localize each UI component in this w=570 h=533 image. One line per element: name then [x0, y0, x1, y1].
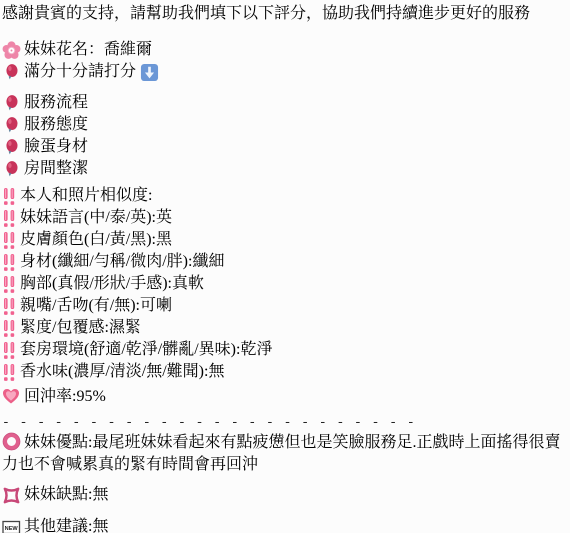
detail-item: 胸部(真假/形狀/手感):真軟 — [2, 273, 570, 295]
pros-text: 妹妹優點:最尾班妹妹看起來有點疲憊但也是笑臉服務足.正戲時上面搖得很賣力也不會喊… — [2, 434, 560, 473]
double-exclamation-icon — [2, 341, 17, 360]
score-item: 臉蛋身材 — [2, 136, 570, 158]
detail-item-text: 套房環境(舒適/乾淨/髒亂/異味):乾淨 — [20, 339, 272, 361]
new-badge-label: NEW — [5, 525, 19, 531]
detail-item-text: 緊度/包覆感:濕緊 — [20, 317, 141, 339]
double-exclamation-icon — [2, 275, 17, 294]
detail-item-text: 香水味(濃厚/清淡/無/難聞):無 — [20, 361, 224, 383]
score-prompt-text: 滿分十分請打分 — [24, 61, 136, 83]
detail-item: 身材(纖細/勻稱/微肉/胖):纖細 — [2, 251, 570, 273]
detail-item-text: 皮膚顏色(白/黃/黑):黑 — [20, 229, 172, 251]
detail-item: 親嘴/舌吻(有/無):可喇 — [2, 295, 570, 317]
girl-name-text: 妹妹花名：喬維爾 — [24, 39, 152, 61]
recharge-rate-line: 回沖率:95% — [2, 386, 570, 408]
balloon-icon — [2, 138, 21, 157]
intro-text: 感謝貴賓的支持，請幫助我們填下以下評分，協助我們持續進步更好的服務 — [2, 3, 570, 25]
double-exclamation-icon — [2, 187, 17, 206]
cherry-blossom-icon — [2, 41, 21, 60]
detail-item-text: 親嘴/舌吻(有/無):可喇 — [20, 295, 172, 317]
suggestion-text: 其他建議:無 — [24, 516, 108, 533]
detail-items: 本人和照片相似度: 妹妹語言(中/泰/英):英 皮膚顏色(白/黃/黑):黑 身材… — [2, 185, 570, 383]
double-exclamation-icon — [2, 209, 17, 228]
detail-item: 妹妹語言(中/泰/英):英 — [2, 207, 570, 229]
balloon-icon — [2, 160, 21, 179]
score-items: 服務流程 服務態度 臉蛋身材 房間整潔 — [2, 92, 570, 180]
name-line: 妹妹花名：喬維爾 — [2, 39, 570, 61]
detail-item: 香水味(濃厚/清淡/無/難聞):無 — [2, 361, 570, 383]
pros-paragraph: 妹妹優點:最尾班妹妹看起來有點疲憊但也是笑臉服務足.正戲時上面搖得很賣力也不會喊… — [2, 432, 570, 476]
detail-item-text: 身材(纖細/勻稱/微肉/胖):纖細 — [20, 251, 224, 273]
heart-icon — [2, 388, 21, 407]
cons-text: 妹妹缺點:無 — [24, 484, 108, 506]
double-exclamation-icon — [2, 297, 17, 316]
double-exclamation-icon — [2, 319, 17, 338]
detail-item: 緊度/包覆感:濕緊 — [2, 317, 570, 339]
score-item-label: 服務態度 — [24, 114, 88, 136]
detail-item-text: 本人和照片相似度: — [20, 185, 152, 207]
balloon-icon — [2, 63, 21, 82]
down-arrow-icon — [140, 63, 159, 82]
score-item: 服務流程 — [2, 92, 570, 114]
score-item-label: 臉蛋身材 — [24, 136, 88, 158]
score-item-label: 房間整潔 — [24, 158, 88, 180]
detail-item-text: 胸部(真假/形狀/手感):真軟 — [20, 273, 204, 295]
balloon-icon — [2, 116, 21, 135]
cons-line: 妹妹缺點:無 — [2, 484, 570, 506]
double-exclamation-icon — [2, 363, 17, 382]
detail-item-text: 妹妹語言(中/泰/英):英 — [20, 207, 172, 229]
suggestion-line: NEW 其他建議:無 — [2, 516, 570, 533]
balloon-icon — [2, 94, 21, 113]
recharge-rate-text: 回沖率:95% — [24, 386, 106, 408]
new-badge-icon: NEW — [2, 518, 21, 533]
double-exclamation-icon — [2, 253, 17, 272]
score-item-label: 服務流程 — [24, 92, 88, 114]
detail-item: 套房環境(舒適/乾淨/髒亂/異味):乾淨 — [2, 339, 570, 361]
score-item: 房間整潔 — [2, 158, 570, 180]
double-exclamation-icon — [2, 231, 17, 250]
score-item: 服務態度 — [2, 114, 570, 136]
detail-item: 本人和照片相似度: — [2, 185, 570, 207]
review-message: 感謝貴賓的支持，請幫助我們填下以下評分，協助我們持續進步更好的服務 妹妹花名：喬… — [0, 0, 570, 533]
score-prompt-line: 滿分十分請打分 — [2, 61, 570, 83]
divider-dashes: - - - - - - - - - - - - - - - - - - - - … — [2, 414, 570, 432]
anger-symbol-icon — [2, 486, 21, 505]
detail-item: 皮膚顏色(白/黃/黑):黑 — [2, 229, 570, 251]
hollow-circle-icon — [2, 432, 21, 451]
